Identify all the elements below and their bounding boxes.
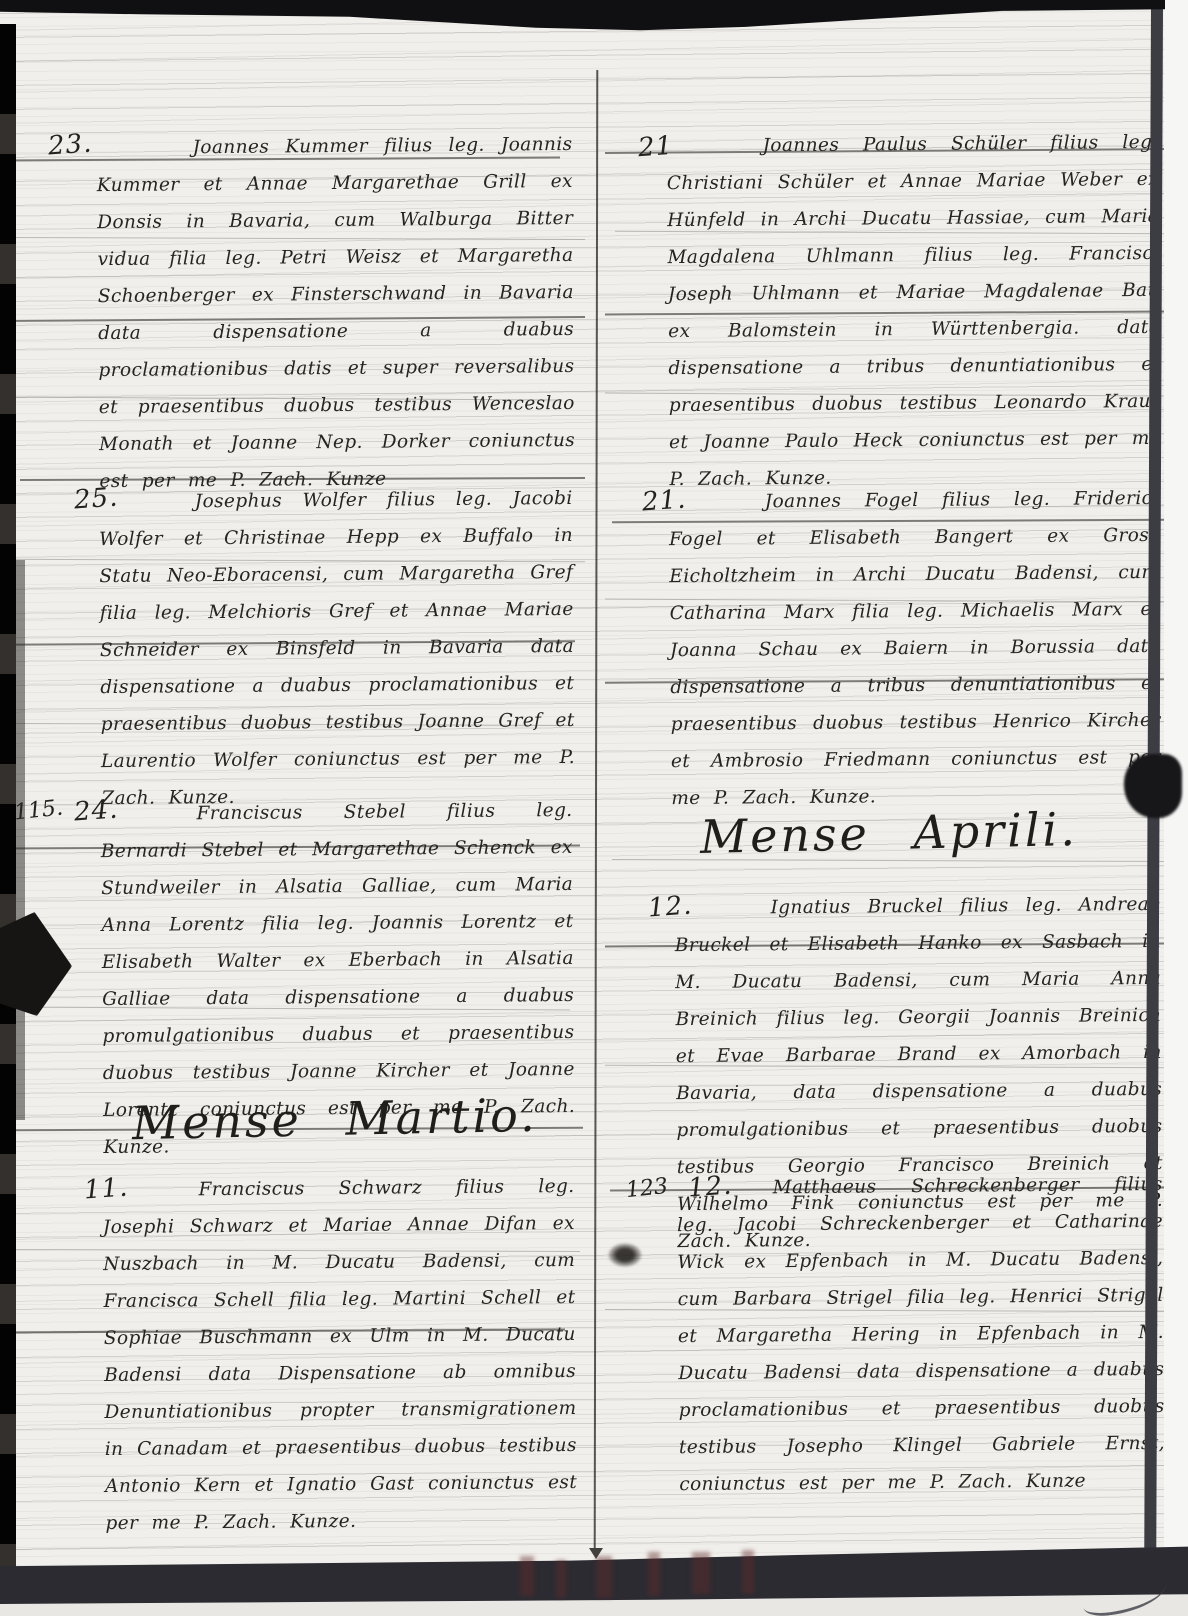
entry-body: Joannes Paulus Schüler filius leg. Chris… bbox=[666, 124, 1161, 498]
entry-body: Matthaeus Schreckenberger filius leg. Ja… bbox=[677, 1166, 1166, 1503]
page-edge-left bbox=[0, 24, 16, 1576]
entry-number: 23. bbox=[47, 128, 93, 161]
bleed-smudge bbox=[742, 1550, 754, 1594]
page-edge-left-shadow bbox=[16, 560, 25, 1120]
page-gutter-line bbox=[594, 70, 599, 1548]
bleed-smudge bbox=[648, 1552, 660, 1596]
clip-shadow-right bbox=[1124, 754, 1182, 818]
entry-body: Franciscus Schwarz filius leg. Josephi S… bbox=[102, 1168, 577, 1542]
month-heading: Mense Aprili. bbox=[699, 802, 1078, 864]
clip-shadow-left bbox=[0, 912, 72, 1016]
bleed-smudge bbox=[596, 1556, 612, 1598]
folio-number: 123 bbox=[625, 1174, 669, 1203]
ink-blot bbox=[608, 1243, 642, 1267]
month-heading: Mense Martio. bbox=[131, 1088, 538, 1150]
scan-top-edge bbox=[0, 0, 1165, 42]
register-scan: 23. Joannes Kummer filius leg. Joannis K… bbox=[0, 0, 1188, 1616]
entry-body: Joannes Fogel filius leg. Friderici Foge… bbox=[669, 480, 1162, 817]
bleed-smudge bbox=[556, 1560, 566, 1598]
entry-body: Joannes Kummer filius leg. Joannis Kumme… bbox=[96, 126, 575, 500]
bleed-smudge bbox=[692, 1552, 710, 1594]
entry-body: Josephus Wolfer filius leg. Jacobi Wolfe… bbox=[99, 480, 576, 817]
bleed-smudge bbox=[520, 1556, 534, 1596]
